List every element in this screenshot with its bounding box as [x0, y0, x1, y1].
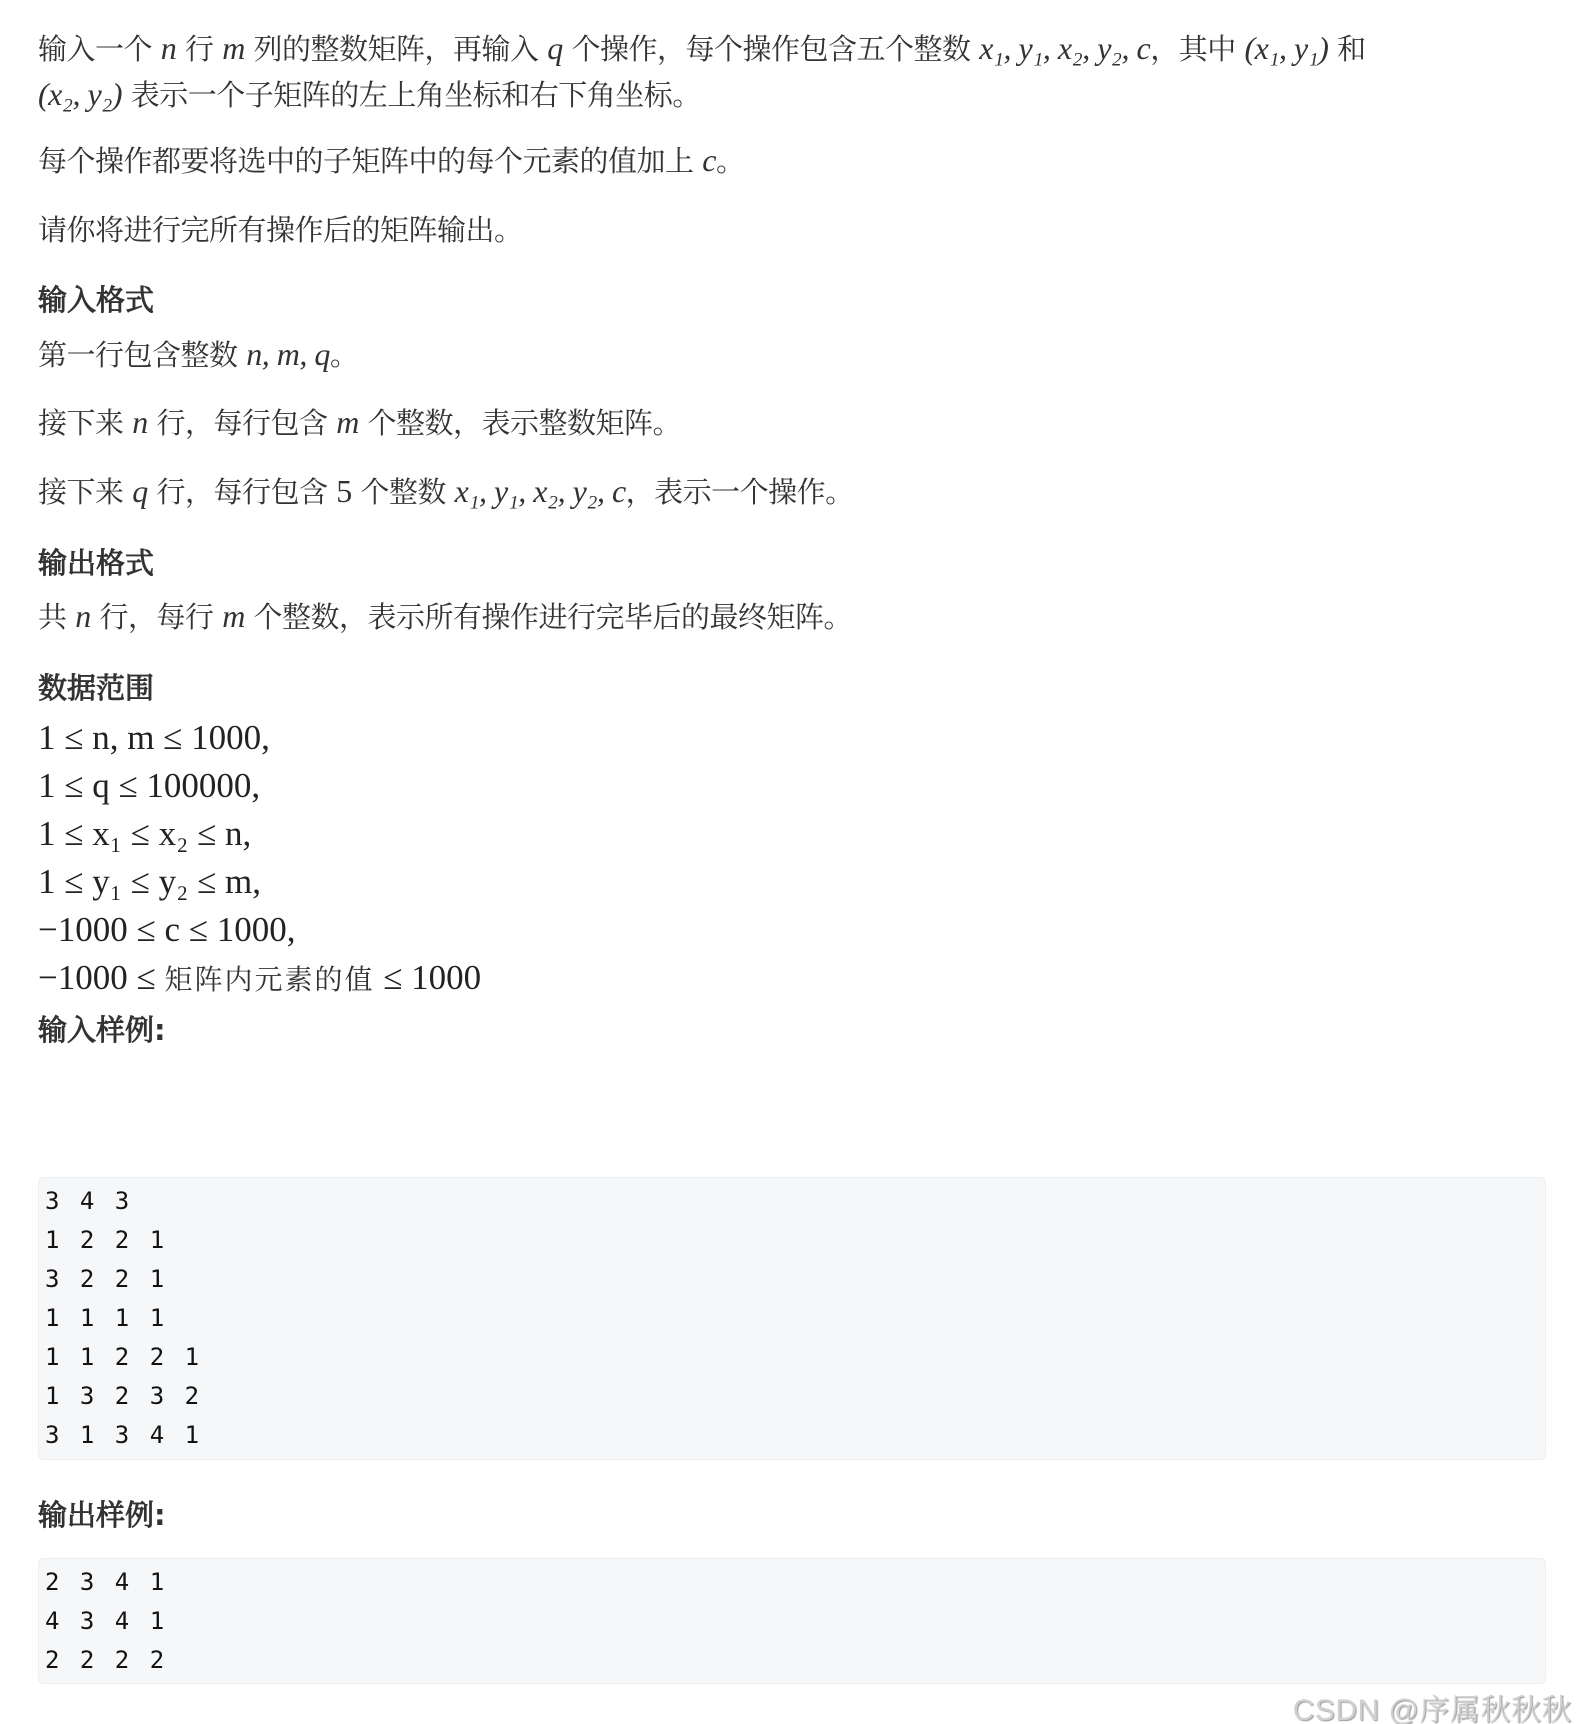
code-line: 2 3 4 1: [45, 1563, 1545, 1602]
code-line: 3 4 3: [45, 1182, 1545, 1221]
constraint-line: −1000 ≤ 矩阵内元素的值 ≤ 1000: [38, 954, 481, 1004]
math-five: 5: [336, 473, 352, 509]
constraint-line: −1000 ≤ c ≤ 1000,: [38, 906, 481, 954]
input-format-line-3: 接下来 q 行，每行包含 5 个整数 x₁, y₁, x₂, y₂, c，表示一…: [38, 467, 854, 516]
data-range-heading: 数据范围: [38, 668, 154, 708]
csdn-watermark: CSDN @序属秋秋秋: [1293, 1685, 1572, 1724]
code-line: 3 1 3 4 1: [45, 1416, 1545, 1455]
math-m: m: [222, 598, 245, 634]
description-line-1: 输入一个 n 行 m 列的整数矩阵，再输入 q 个操作，每个操作包含五个整数 x…: [38, 24, 1548, 73]
constraint-line: 1 ≤ n, m ≤ 1000,: [38, 714, 481, 762]
code-line: 4 3 4 1: [45, 1602, 1545, 1641]
math-q: q: [132, 473, 148, 509]
description-paragraph-2: 每个操作都要将选中的子矩阵中的每个元素的值加上 c。: [38, 136, 744, 185]
math-pair-top-left: (x₁, y₁): [1244, 30, 1328, 66]
math-q: q: [547, 30, 563, 66]
code-line: 1 1 1 1: [45, 1299, 1545, 1338]
math-m: m: [222, 30, 245, 66]
code-line: 1 2 2 1: [45, 1221, 1545, 1260]
math-m: m: [336, 404, 359, 440]
math-vars: x₁, y₁, x₂, y₂, c: [979, 30, 1150, 66]
input-format-heading: 输入格式: [38, 280, 154, 320]
math-vars: x₁, y₁, x₂, y₂, c: [455, 473, 626, 509]
math-n: n: [132, 404, 148, 440]
sample-output-code-block[interactable]: 2 3 4 1 4 3 4 1 2 2 2 2: [38, 1558, 1546, 1684]
output-format-heading: 输出格式: [38, 543, 154, 583]
math-n: n: [161, 30, 177, 66]
sample-input-code-block[interactable]: 3 4 3 1 2 2 1 3 2 2 1 1 1 1 1 1 1 2 2 1 …: [38, 1177, 1546, 1460]
code-line: 1 3 2 3 2: [45, 1377, 1545, 1416]
input-format-line-2: 接下来 n 行，每行包含 m 个整数，表示整数矩阵。: [38, 398, 681, 447]
sample-input-heading: 输入样例:: [38, 1010, 166, 1050]
math-pair-bottom-right: (x₂, y₂): [38, 76, 122, 112]
description-line-2: (x₂, y₂) 表示一个子矩阵的左上角坐标和右下角坐标。: [38, 70, 1548, 119]
constraint-line: 1 ≤ y₁ ≤ y₂ ≤ m,: [38, 858, 481, 906]
code-line: 1 1 2 2 1: [45, 1338, 1545, 1377]
constraint-line: 1 ≤ x₁ ≤ x₂ ≤ n,: [38, 810, 481, 858]
math-vars: n, m, q: [246, 336, 330, 372]
constraint-line: 1 ≤ q ≤ 100000,: [38, 762, 481, 810]
description-paragraph-1: 输入一个 n 行 m 列的整数矩阵，再输入 q 个操作，每个操作包含五个整数 x…: [38, 24, 1548, 119]
data-range-list: 1 ≤ n, m ≤ 1000, 1 ≤ q ≤ 100000, 1 ≤ x₁ …: [38, 714, 481, 1004]
output-format-line-1: 共 n 行，每行 m 个整数，表示所有操作进行完毕后的最终矩阵。: [38, 592, 852, 641]
input-format-line-1: 第一行包含整数 n, m, q。: [38, 330, 358, 379]
math-n: n: [75, 598, 91, 634]
math-c: c: [702, 142, 716, 178]
sample-output-heading: 输出样例:: [38, 1495, 166, 1535]
code-line: 2 2 2 2: [45, 1641, 1545, 1680]
code-line: 3 2 2 1: [45, 1260, 1545, 1299]
description-paragraph-3: 请你将进行完所有操作后的矩阵输出。: [38, 206, 523, 254]
